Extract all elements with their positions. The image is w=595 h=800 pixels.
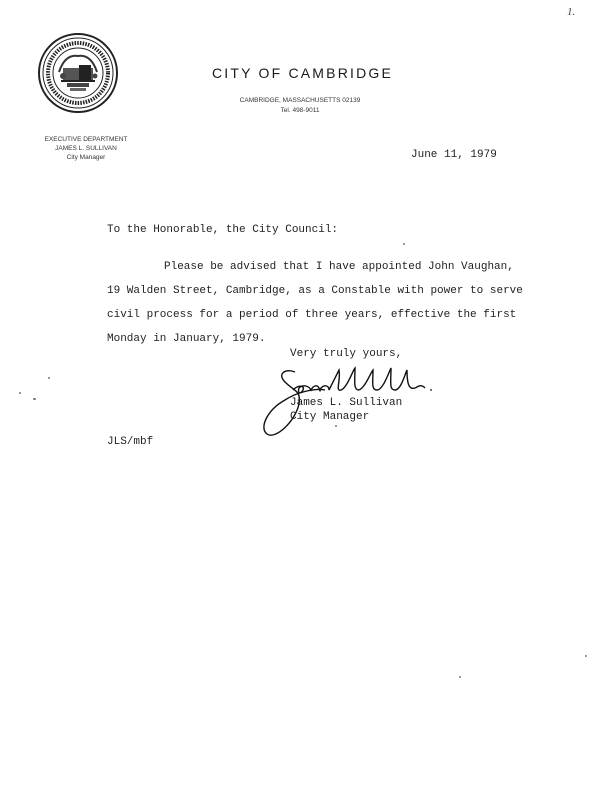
scan-speck [48, 377, 50, 379]
scan-speck [335, 425, 337, 427]
closing: Very truly yours, [290, 348, 402, 360]
letterhead-title: CITY OF CAMBRIDGE [212, 65, 412, 81]
body-line: 19 Walden Street, Cambridge, as a Consta… [107, 285, 523, 297]
scan-speck [459, 676, 461, 678]
body-line: civil process for a period of three year… [107, 309, 516, 321]
phone-line: Tel. 498-9011 [200, 106, 400, 116]
scan-speck [33, 398, 36, 400]
salutation: To the Honorable, the City Council: [107, 224, 338, 236]
department-name: EXECUTIVE DEPARTMENT [36, 135, 136, 144]
scan-speck [403, 243, 405, 245]
typist-initials: JLS/mbf [107, 436, 153, 448]
department-block: EXECUTIVE DEPARTMENT JAMES L. SULLIVAN C… [36, 135, 136, 162]
signer-title: City Manager [290, 411, 369, 423]
body-line: Please be advised that I have appointed … [164, 261, 514, 273]
scan-speck [19, 392, 21, 394]
department-person: JAMES L. SULLIVAN [36, 144, 136, 153]
letter-date: June 11, 1979 [411, 149, 497, 161]
body-line: Monday in January, 1979. [107, 333, 265, 345]
department-role: City Manager [36, 153, 136, 162]
page-number-mark: 1. [567, 6, 575, 18]
scan-speck [585, 655, 587, 657]
signer-name: James L. Sullivan [290, 397, 402, 409]
letterhead-address: CAMBRIDGE, MASSACHUSETTS 02139 Tel. 498-… [200, 96, 400, 116]
address-line: CAMBRIDGE, MASSACHUSETTS 02139 [200, 96, 400, 106]
city-seal-icon [37, 32, 119, 114]
